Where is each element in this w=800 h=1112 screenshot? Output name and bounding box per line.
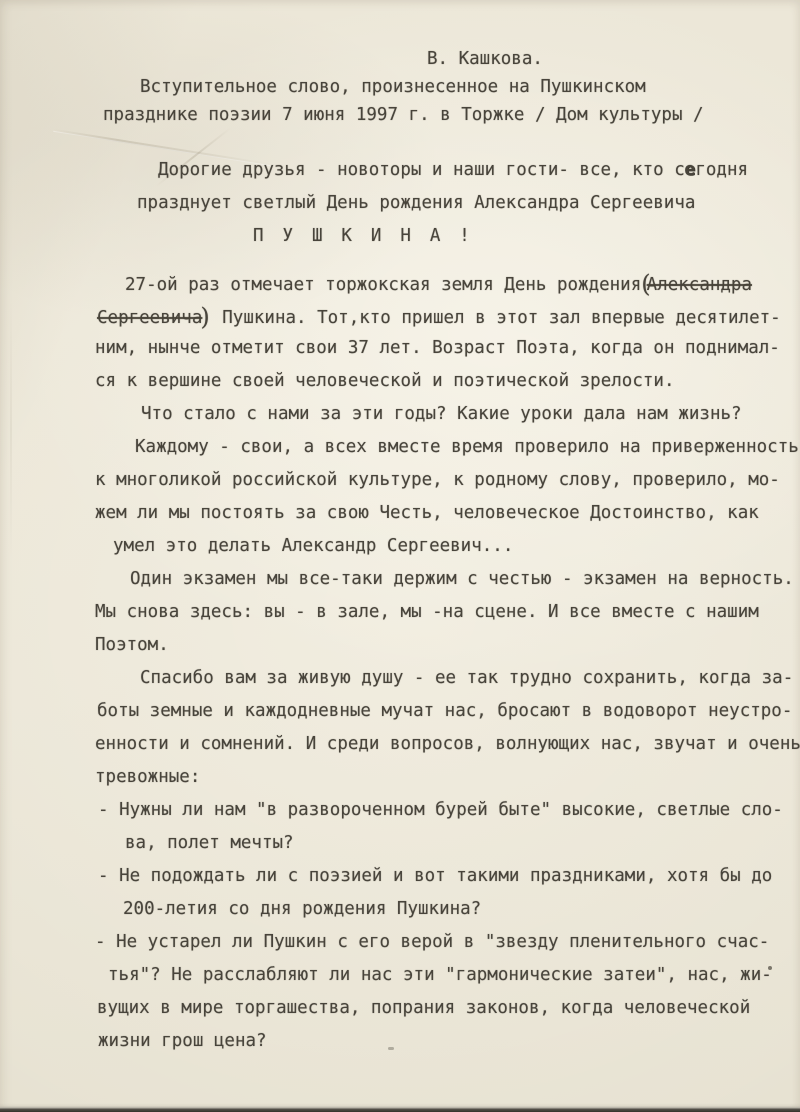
question-line: 200-летия со дня рождения Пушкина?: [123, 893, 800, 926]
ink-speck: [388, 1047, 394, 1050]
greeting-line-2: празднует светлый День рождения Александ…: [137, 187, 800, 220]
scanned-document-page: В. Кашкова. Вступительное слово, произне…: [0, 0, 800, 1112]
author-line: В. Кашкова.: [427, 45, 800, 73]
struck-word: Александра: [647, 275, 752, 295]
typed-line: Один экзамен мы все-таки держим с честью…: [130, 563, 800, 596]
typed-line: Поэтом.: [95, 629, 800, 662]
title-line-2: празднике поэзии 7 июня 1997 г. в Торжке…: [103, 101, 800, 129]
anniversary-text: Пушкина. Тот,кто пришел в этот зал вперв…: [212, 308, 781, 328]
question-line: жизни грош цена?: [98, 1025, 800, 1058]
typed-line: боты земные и каждодневные мучат нас, бр…: [97, 695, 800, 728]
typed-line: тревожные:: [95, 761, 800, 794]
typed-line: жем ли мы постоять за свою Честь, челове…: [95, 497, 800, 530]
typed-line: Спасибо вам за живую душу - ее так трудн…: [140, 662, 800, 695]
anniversary-text: 27-ой раз отмечает торжокская земля День…: [125, 275, 641, 295]
question-line: - Не устарел ли Пушкин с его верой в "зв…: [95, 926, 800, 959]
overstruck-letter: е: [685, 160, 696, 180]
paper-crease: [10, 300, 12, 560]
question-line: вущих в мире торгашества, попрания закон…: [97, 992, 800, 1025]
typed-line: Каждому - свои, а всех вместе время пров…: [135, 431, 800, 464]
handwritten-paren-open: (: [641, 270, 650, 298]
typed-line: к многоликой российской культуре, к родн…: [95, 464, 800, 497]
question-line: - Не подождать ли с поэзией и вот такими…: [98, 860, 800, 893]
typed-line: Что стало с нами за эти годы? Какие урок…: [141, 398, 800, 431]
typed-line: Мы снова здесь: вы - в зале, мы -на сцен…: [95, 596, 800, 629]
question-line: ва, полет мечты?: [125, 827, 800, 860]
question-line: тья"? Не расслабляют ли нас эти "гармони…: [108, 959, 800, 992]
anniversary-line-2: Сергеевича) Пушкина. Тот,кто пришел в эт…: [97, 299, 800, 332]
greeting-text: Дорогие друзья - новоторы и наши гости- …: [158, 160, 685, 180]
typed-line: енности и сомнений. И среди вопросов, во…: [95, 728, 800, 761]
anniversary-line-1: 27-ой раз отмечает торжокская земля День…: [125, 266, 800, 299]
greeting-text: годня: [695, 160, 748, 180]
typed-text-block: В. Кашкова. Вступительное слово, произне…: [95, 0, 800, 1058]
ink-speck: [768, 966, 772, 970]
scan-edge-shadow: [0, 1103, 800, 1112]
anniversary-line-3: ним, нынче отметит свои 37 лет. Возраст …: [95, 332, 800, 365]
greeting-line-1: Дорогие друзья - новоторы и наши гости- …: [158, 154, 800, 187]
typed-line: умел это делать Александр Сергеевич...: [113, 530, 800, 563]
title-line-1: Вступительное слово, произнесенное на Пу…: [140, 73, 800, 101]
anniversary-line-4: ся к вершине своей человеческой и поэтич…: [95, 365, 800, 398]
pushkin-name-line: П У Ш К И Н А !: [253, 220, 800, 253]
question-line: - Нужны ли нам "в развороченном бурей бы…: [98, 794, 800, 827]
handwritten-paren-close: ): [200, 303, 209, 331]
struck-word: Сергеевича: [97, 308, 202, 328]
